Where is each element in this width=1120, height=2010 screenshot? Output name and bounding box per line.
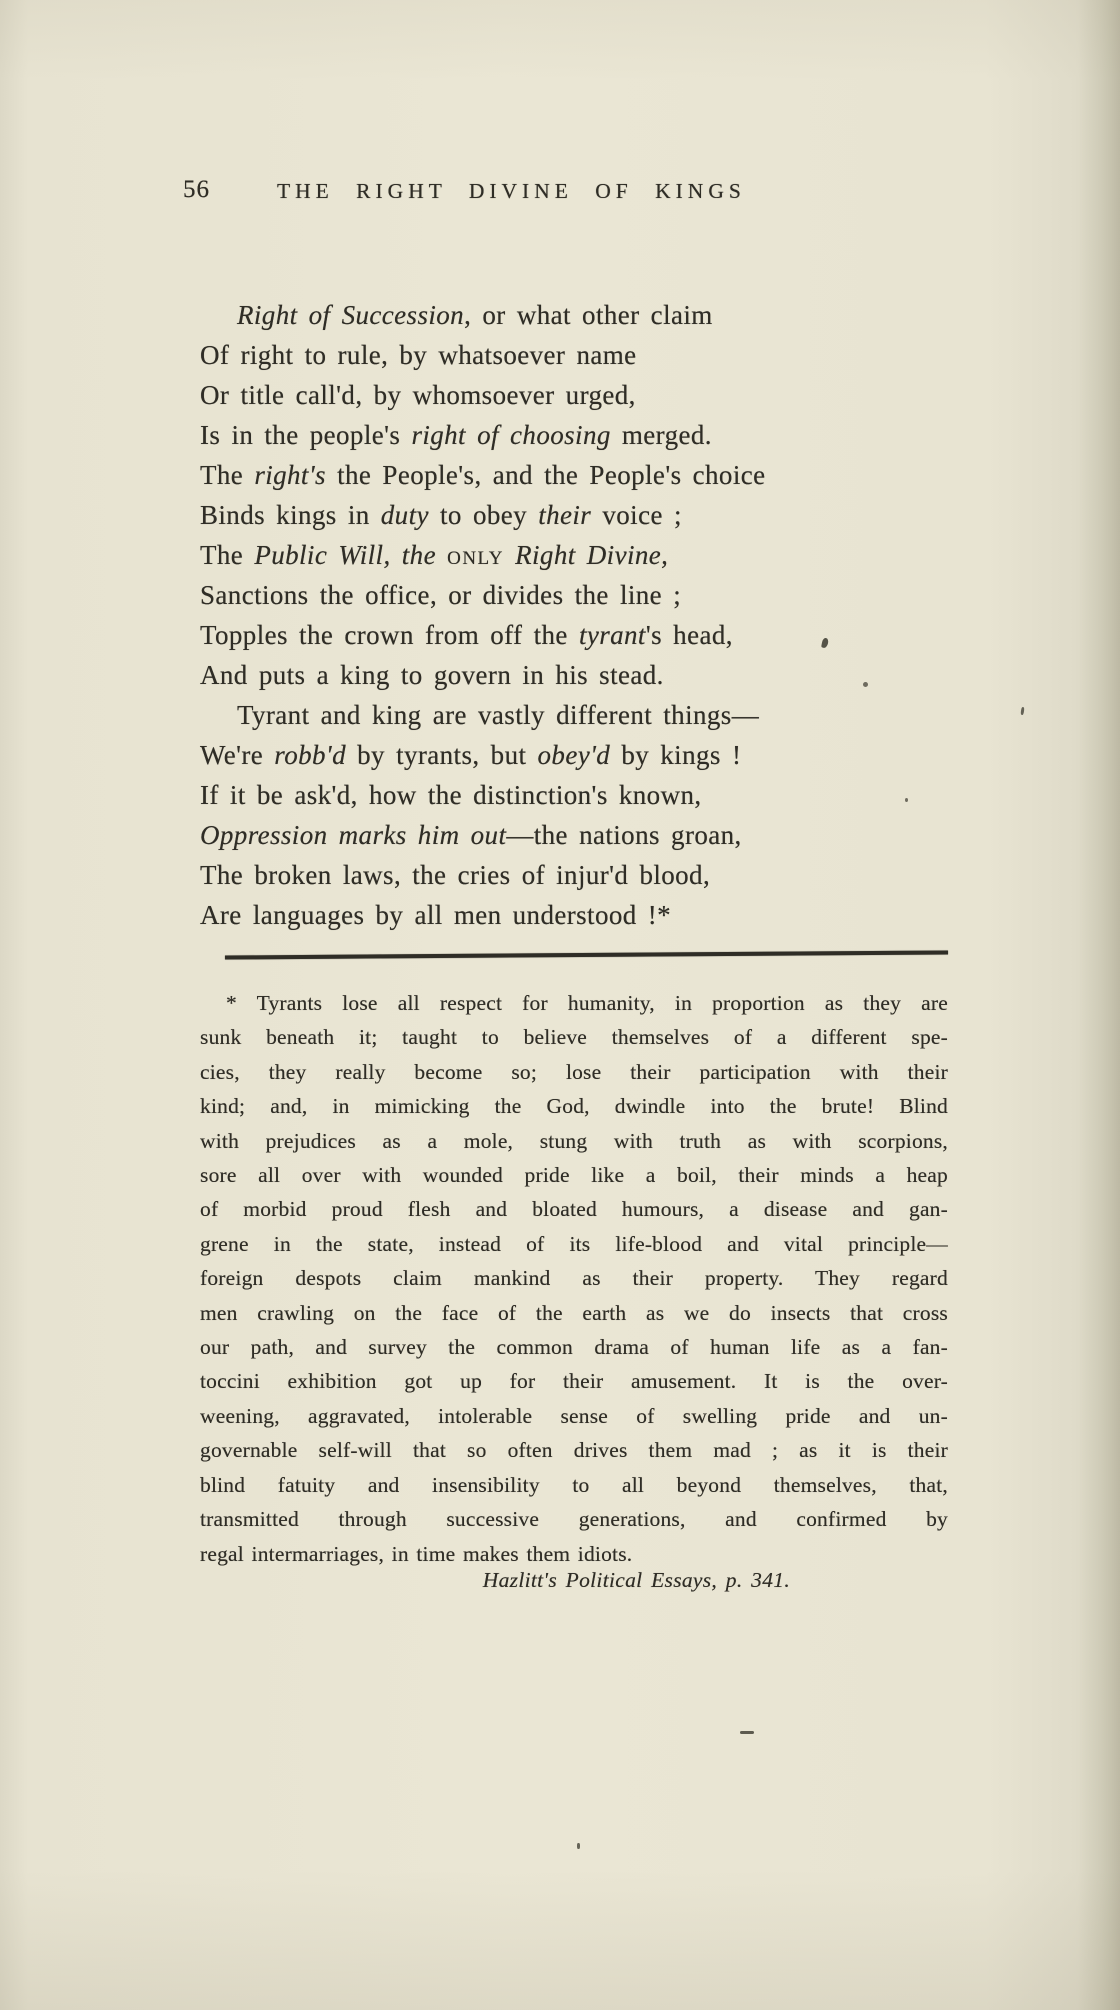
footnote-line: * Tyrants lose all respect for humanity,…	[200, 986, 948, 1020]
poem-line: Right of Succession, or what other claim	[200, 295, 980, 335]
poem-line: Oppression marks him out—the nations gro…	[200, 815, 980, 855]
running-title: THE RIGHT DIVINE OF KINGS	[277, 179, 746, 204]
poem-line: Binds kings in duty to obey their voice …	[200, 495, 980, 535]
poem-line: Or title call'd, by whomsoever urged,	[200, 375, 980, 415]
footnote-line: weening, aggravated, intolerable sense o…	[200, 1399, 948, 1433]
poem-line: We're robb'd by tyrants, but obey'd by k…	[200, 735, 980, 775]
poem-line: Tyrant and king are vastly different thi…	[200, 695, 980, 735]
footnote-line: regal intermarriages, in time makes them…	[200, 1537, 948, 1571]
footnote-line: grene in the state, instead of its life-…	[200, 1227, 948, 1261]
footnote-line: men crawling on the face of the earth as…	[200, 1296, 948, 1330]
footnote-line: kind; and, in mimicking the God, dwindle…	[200, 1089, 948, 1123]
footnote-attribution: Hazlitt's Political Essays, p. 341.	[200, 1568, 790, 1593]
footnote: * Tyrants lose all respect for humanity,…	[200, 986, 948, 1571]
poem-line: If it be ask'd, how the distinction's kn…	[200, 775, 980, 815]
poem-line: Is in the people's right of choosing mer…	[200, 415, 980, 455]
poem-line: Of right to rule, by whatsoever name	[200, 335, 980, 375]
poem-line: Are languages by all men understood !*	[200, 895, 980, 935]
footnote-line: toccini exhibition got up for their amus…	[200, 1364, 948, 1398]
poem-line: And puts a king to govern in his stead.	[200, 655, 980, 695]
footnote-line: transmitted through successive generatio…	[200, 1502, 948, 1536]
page-number: 56	[183, 176, 210, 204]
book-page: 56 THE RIGHT DIVINE OF KINGS Right of Su…	[0, 0, 1120, 2010]
poem-line: The broken laws, the cries of injur'd bl…	[200, 855, 980, 895]
poem-line: The right's the People's, and the People…	[200, 455, 980, 495]
page-header: 56 THE RIGHT DIVINE OF KINGS	[0, 176, 1120, 210]
ink-speck	[740, 1731, 754, 1734]
footnote-line: of morbid proud flesh and bloated humour…	[200, 1192, 948, 1226]
poem-line: The Public Will, the only Right Divine,	[200, 535, 980, 575]
poem-line: Sanctions the office, or divides the lin…	[200, 575, 980, 615]
footnote-line: foreign despots claim mankind as their p…	[200, 1261, 948, 1295]
footnote-line: sunk beneath it; taught to believe thems…	[200, 1020, 948, 1054]
footnote-line: sore all over with wounded pride like a …	[200, 1158, 948, 1192]
footnote-line: cies, they really become so; lose their …	[200, 1055, 948, 1089]
ink-speck	[577, 1843, 580, 1849]
ink-speck	[1020, 707, 1024, 715]
poem: Right of Succession, or what other claim…	[200, 295, 980, 935]
footnote-line: our path, and survey the common drama of…	[200, 1330, 948, 1364]
footnote-line: blind fatuity and insensibility to all b…	[200, 1468, 948, 1502]
footnote-line: governable self-will that so often drive…	[200, 1433, 948, 1467]
footnote-line: with prejudices as a mole, stung with tr…	[200, 1124, 948, 1158]
page-edge-shadow	[1078, 0, 1120, 2010]
footnote-rule	[225, 950, 948, 959]
poem-line: Topples the crown from off the tyrant's …	[200, 615, 980, 655]
